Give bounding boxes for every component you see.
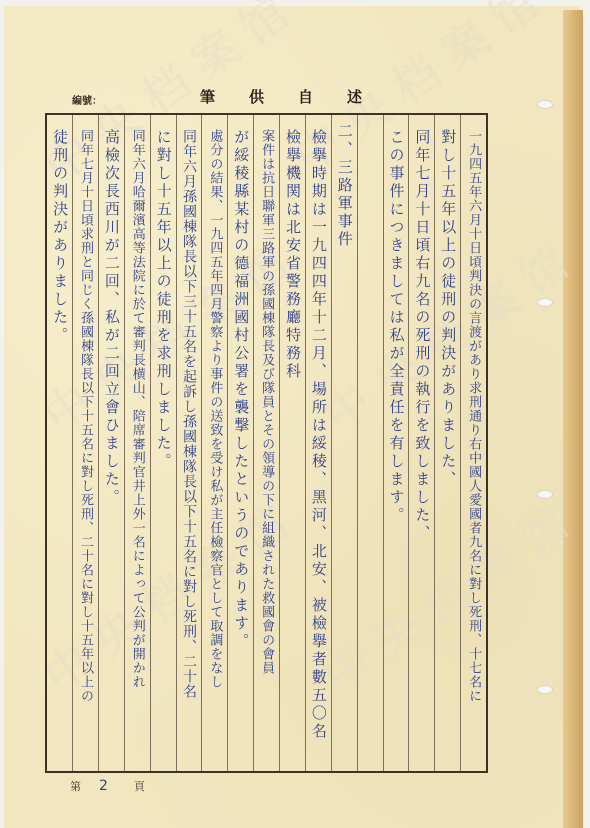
manuscript-column: 處分の結果、一九四五年四月警察より事件の送致を受け私が主任檢察官として取調をなし	[201, 115, 227, 771]
aged-paper-edge	[563, 10, 583, 828]
manuscript-column: 案件は抗日聯軍三路軍の孫國棟隊長及び隊員とその領導の下に組織された救國會の會員	[253, 115, 279, 771]
page-indicator: 第2頁	[70, 778, 145, 794]
manuscript-column: に對し十五年以上の徒刑を求刑しました。	[150, 115, 176, 771]
handwritten-line: 對し十五年以上の徒刑の判決がありました、	[440, 129, 455, 489]
manuscript-column: 檢擧機関は北安省警務廳特務科	[279, 115, 305, 771]
handwritten-line: この事件につきましては私が全責任を有します。	[388, 129, 403, 525]
handwritten-line: に對し十五年以上の徒刑を求刑しました。	[156, 129, 171, 471]
manuscript-column: 對し十五年以上の徒刑の判決がありました、	[434, 115, 460, 771]
handwritten-line: が綏稜縣某村の德福洲國村公署を襲撃したというのであります。	[233, 129, 248, 651]
page-prefix: 第	[70, 780, 81, 793]
handwritten-line: 檢擧時期は一九四四年十二月、場所は綏稜、黑河、北安、被檢擧者數五〇名	[311, 129, 326, 741]
serial-number-label: 編號：	[72, 92, 102, 107]
handwritten-line: 同年六月孫國棟隊長以下三十五名を起訴し孫國棟隊長以下十五名に對し死刑、二十名	[182, 129, 196, 699]
punch-hole	[537, 490, 553, 499]
manuscript-grid: 一九四五年六月十日頃判決の言渡があり求刑通り右中國人愛國者九名に對し死刑、十七名…	[45, 113, 488, 773]
handwritten-line: 徒刑の判決がありました。	[52, 129, 67, 345]
handwritten-line: 檢擧機関は北安省警務廳特務科	[285, 129, 300, 381]
handwritten-line: 同年七月十日頃求刑と同じく孫國棟隊長以下十五名に對し死刑、二十名に對し十五年以上…	[79, 129, 92, 703]
punch-hole	[537, 100, 553, 109]
manuscript-column: 同年六月孫國棟隊長以下三十五名を起訴し孫國棟隊長以下十五名に對し死刑、二十名	[176, 115, 202, 771]
manuscript-column: 檢擧時期は一九四四年十二月、場所は綏稜、黑河、北安、被檢擧者數五〇名	[305, 115, 331, 771]
handwritten-line: 案件は抗日聯軍三路軍の孫國棟隊長及び隊員とその領導の下に組織された救國會の會員	[260, 129, 273, 675]
document-title: 筆供自述	[200, 86, 396, 107]
page-number: 2	[99, 778, 108, 794]
handwritten-line: 處分の結果、一九四五年四月警察より事件の送致を受け私が主任檢察官として取調をなし	[208, 129, 221, 689]
manuscript-column: 同年七月十日頃求刑と同じく孫國棟隊長以下十五名に對し死刑、二十名に對し十五年以上…	[72, 115, 98, 771]
manuscript-column: 同年七月十日頃右九名の死刑の執行を致しました、	[408, 115, 434, 771]
manuscript-column	[357, 115, 383, 771]
handwritten-line: 高檢次長西川が二回、私が二回立會ひました。	[104, 129, 119, 507]
manuscript-column: 同年六月哈爾濱高等法院に於て審判長横山、陪席審判官井上外一名によって公判が開かれ	[124, 115, 150, 771]
page-suffix: 頁	[134, 780, 145, 793]
handwritten-line: 一九四五年六月十日頃判決の言渡があり求刑通り右中國人愛國者九名に對し死刑、十七名…	[467, 129, 480, 703]
handwritten-line: 同年六月哈爾濱高等法院に於て審判長横山、陪席審判官井上外一名によって公判が開かれ	[131, 129, 144, 689]
handwritten-line: 二、三路軍事件	[337, 123, 352, 249]
manuscript-column: 二、三路軍事件	[331, 115, 357, 771]
punch-hole	[537, 298, 553, 307]
manuscript-column: が綏稜縣某村の德福洲國村公署を襲撃したというのであります。	[227, 115, 253, 771]
manuscript-column: この事件につきましては私が全責任を有します。	[383, 115, 409, 771]
manuscript-column: 一九四五年六月十日頃判決の言渡があり求刑通り右中國人愛國者九名に對し死刑、十七名…	[460, 115, 486, 771]
punch-hole	[537, 685, 553, 694]
handwritten-line: 同年七月十日頃右九名の死刑の執行を致しました、	[414, 129, 429, 543]
manuscript-column: 徒刑の判決がありました。	[47, 115, 72, 771]
manuscript-column: 高檢次長西川が二回、私が二回立會ひました。	[98, 115, 124, 771]
